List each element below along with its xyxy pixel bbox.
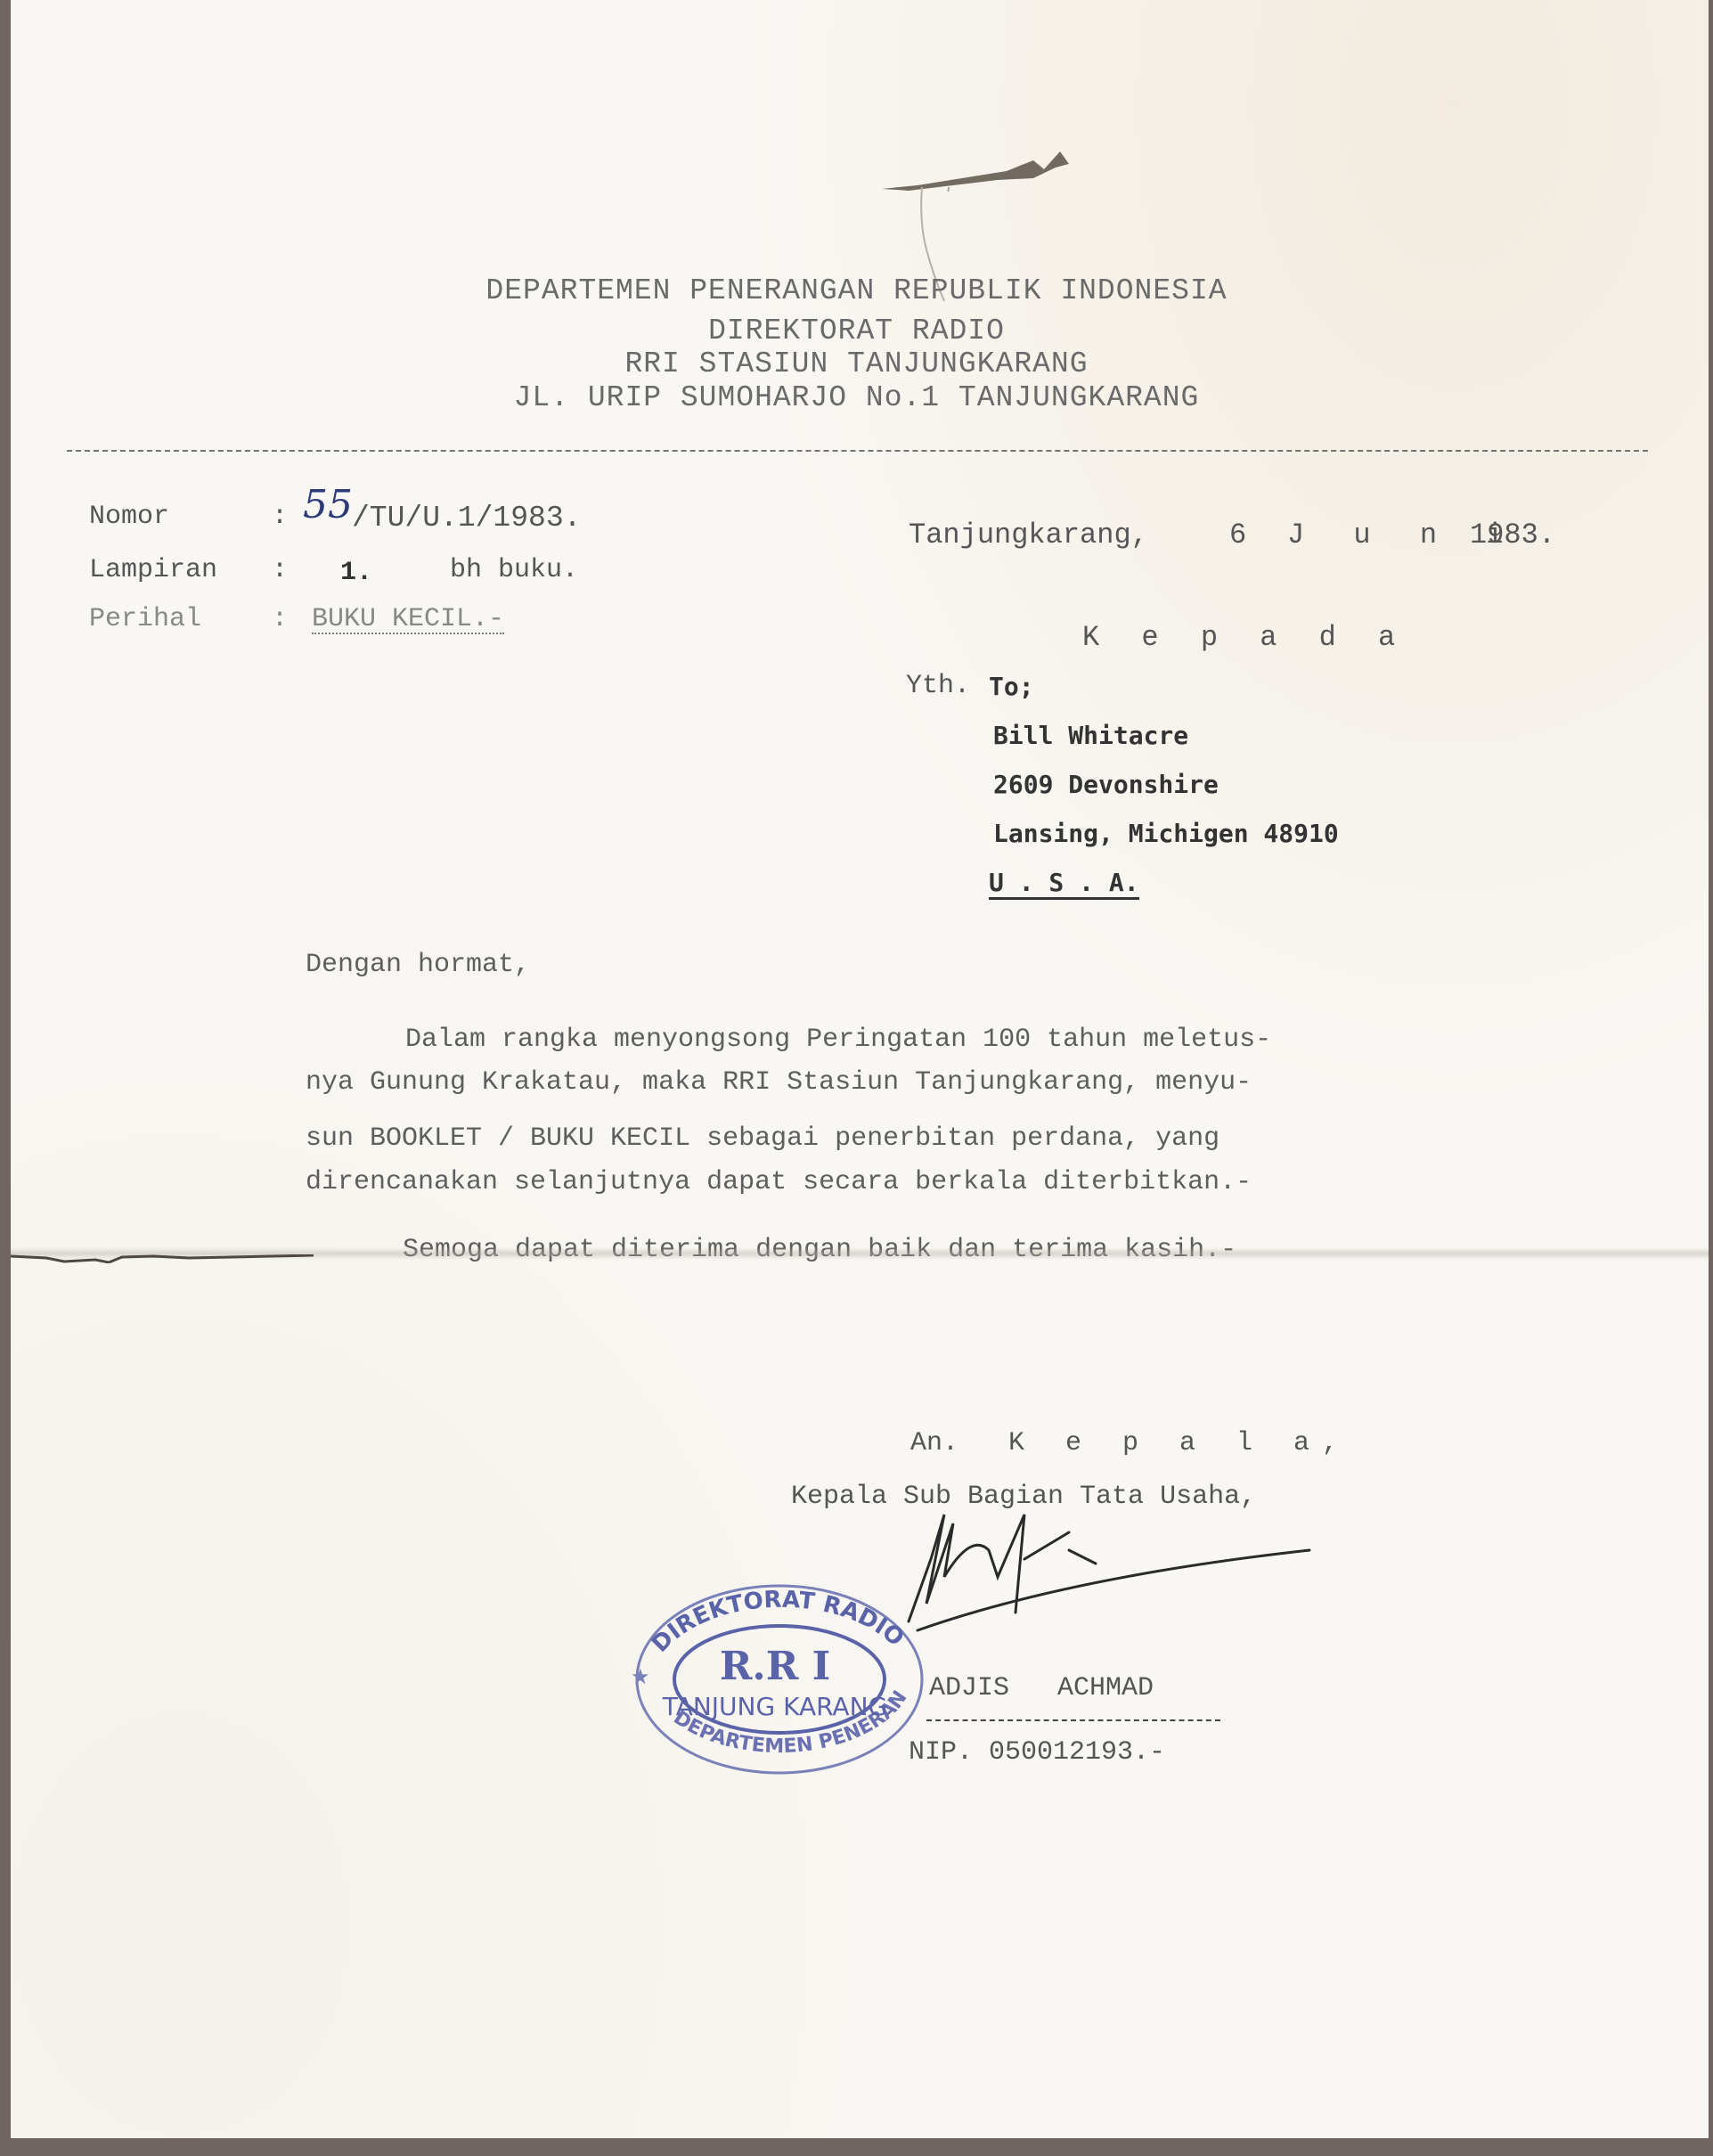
letterhead-directorate: DIREKTORAT RADIO xyxy=(0,316,1713,346)
letterhead-divider xyxy=(67,450,1648,452)
svg-text:★: ★ xyxy=(631,1664,650,1689)
nomor-value: /TU/U.1/1983. xyxy=(352,503,581,533)
paragraph-1-line-4: direncanakan selanjutnya dapat secara be… xyxy=(306,1169,1252,1196)
paragraph-1-line-2: nya Gunung Krakatau, maka RRI Stasiun Ta… xyxy=(306,1069,1252,1096)
signatory-name: ADJIS ACHMAD xyxy=(929,1675,1154,1702)
signature-an: An. xyxy=(910,1430,958,1457)
yth-label: Yth. xyxy=(906,673,970,699)
nomor-label: Nomor xyxy=(89,503,169,530)
letterhead-station: RRI STASIUN TANJUNGKARANG xyxy=(0,349,1713,379)
svg-text:TANJUNG KARANG: TANJUNG KARANG xyxy=(662,1692,887,1721)
signature-kepala: K e p a l a, xyxy=(1008,1430,1350,1457)
perihal-value: BUKU KECIL.- xyxy=(312,606,504,634)
nomor-handwritten-number: 55 xyxy=(303,486,353,525)
lampiran-label: Lampiran xyxy=(89,557,217,584)
handwritten-signature xyxy=(891,1497,1318,1657)
recipient-country: U . S . A. xyxy=(989,870,1139,900)
nomor-colon: : xyxy=(272,503,288,530)
paragraph-1-line-1: Dalam rangka menyongsong Peringatan 100 … xyxy=(405,1026,1271,1053)
svg-text:R.R I: R.R I xyxy=(720,1644,830,1689)
date-place: Tanjungkarang, xyxy=(909,521,1148,550)
lampiran-text: bh buku. xyxy=(450,557,578,584)
date-day: 6 xyxy=(1229,521,1246,550)
lampiran-count: 1. xyxy=(340,559,372,586)
signature-line xyxy=(926,1719,1220,1721)
lampiran-colon: : xyxy=(272,557,288,584)
salutation: Dengan hormat, xyxy=(306,951,530,978)
recipient-city: Lansing, Michigen 48910 xyxy=(993,821,1339,846)
paper-tear-left xyxy=(11,1254,314,1263)
kepada-label: K e p a d a xyxy=(1082,624,1407,652)
letterhead-address: JL. URIP SUMOHARJO No.1 TANJUNGKARANG xyxy=(0,383,1713,412)
perihal-colon: : xyxy=(272,606,288,633)
letterhead-department: DEPARTEMEN PENERANGAN REPUBLIK INDONESIA xyxy=(0,276,1713,306)
recipient-name: Bill Whitacre xyxy=(993,723,1188,748)
recipient-street: 2609 Devonshire xyxy=(993,772,1219,797)
perihal-label: Perihal xyxy=(89,606,201,633)
date-year: 1983. xyxy=(1470,521,1555,550)
to-label: To; xyxy=(989,674,1034,699)
paragraph-1-line-3: sun BOOKLET / BUKU KECIL sebagai penerbi… xyxy=(306,1125,1219,1152)
paper-tear xyxy=(882,151,1087,192)
official-stamp: DIREKTORAT RADIO DEPARTEMEN PENERANGAN R… xyxy=(615,1568,935,1782)
signatory-nip: NIP. 050012193.- xyxy=(909,1739,1165,1766)
